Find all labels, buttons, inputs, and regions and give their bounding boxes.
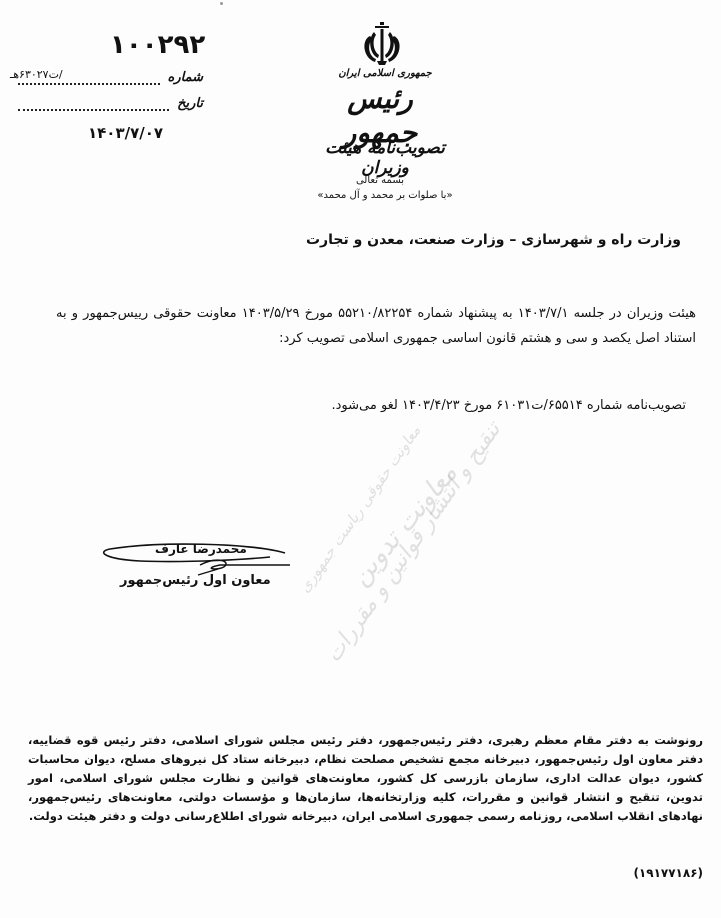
signatory-name: محمدرضا عارف <box>155 542 247 556</box>
copy-distribution-text: رونوشت به دفتر مقام معظم رهبری، دفتر رئی… <box>28 731 703 826</box>
iran-emblem-icon <box>357 20 407 68</box>
number-dotted-line: /ت۶۳۰۲۷هـ <box>18 71 160 85</box>
date-dotted-line <box>18 97 169 111</box>
date-label: تاریخ <box>177 96 203 111</box>
copy-label: رونوشت <box>654 733 703 747</box>
number-row: شماره /ت۶۳۰۲۷هـ <box>18 70 203 85</box>
watermark-line-2: تنقیح و انتشار قوانین و مقررات <box>321 418 506 667</box>
date-row: تاریخ <box>18 96 203 111</box>
decree-body: هیئت وزیران در جلسه ۱۴۰۳/۷/۱ به پیشنهاد … <box>56 302 696 351</box>
tracking-code: (۱۹۱۷۷۱۸۶) <box>633 866 703 880</box>
number-value: /ت۶۳۰۲۷هـ <box>10 68 63 81</box>
signatory-title: معاون اول رئیس‌جمهور <box>120 573 271 588</box>
number-label: شماره <box>168 70 203 85</box>
salutation: «با صلوات بر محمد و آل محمد» <box>300 190 470 201</box>
document-type: تصویب‌نامه هیئت وزیران <box>300 138 470 178</box>
decree-paragraph: هیئت وزیران در جلسه ۱۴۰۳/۷/۱ به پیشنهاد … <box>56 302 696 351</box>
scan-artifact <box>220 2 223 5</box>
watermark-line-3: معاونت تدوین <box>345 458 463 591</box>
watermark-line-1: معاونت حقوقی ریاست جمهوری <box>295 422 424 596</box>
document-page: ۱۰۰۲۹۲ شماره /ت۶۳۰۲۷هـ تاریخ ۱۴۰۳/۷/۰۷ <box>0 0 721 918</box>
serial-number: ۱۰۰۲۹۲ <box>110 30 205 60</box>
invocation: بسمه تعالی <box>300 175 460 186</box>
decree-resolution: تصویب‌نامه شماره ۶۵۵۱۴/ت۶۱۰۳۱ مورخ ۱۴۰۳/… <box>166 398 686 413</box>
date-stamp: ۱۴۰۳/۷/۰۷ <box>88 124 163 142</box>
copy-recipients: به دفتر مقام معظم رهبری، دفتر رئیس‌جمهور… <box>28 733 703 823</box>
recipients: وزارت راه و شهرسازی – وزارت صنعت، معدن و… <box>221 232 681 248</box>
copy-distribution: رونوشت به دفتر مقام معظم رهبری، دفتر رئی… <box>28 731 703 826</box>
signature-block: محمدرضا عارف معاون اول رئیس‌جمهور <box>100 535 300 605</box>
republic-name: جمهوری اسلامی ایران <box>330 68 440 79</box>
